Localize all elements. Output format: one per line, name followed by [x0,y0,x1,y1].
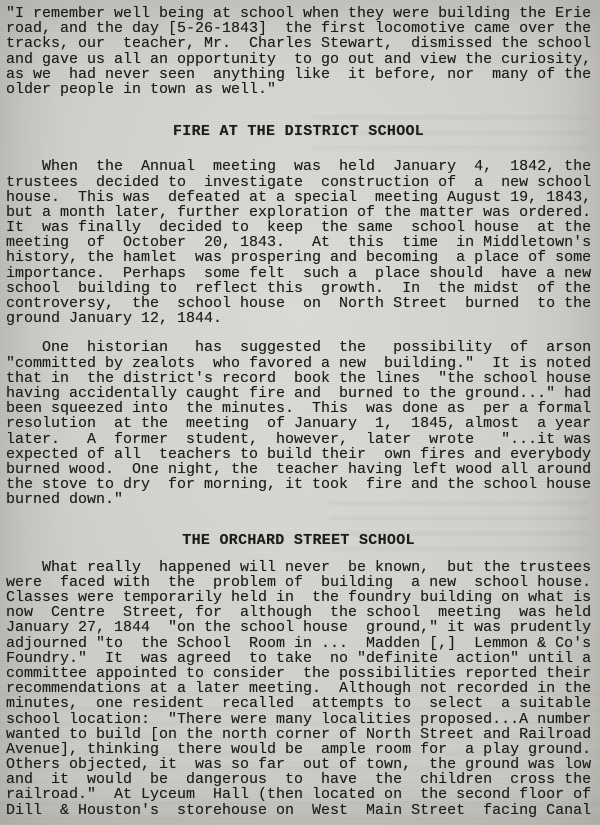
text-line: and it would be dangerous to have the ch… [6,772,591,787]
text-line: railroad." At Lyceum Hall (then located … [6,787,591,802]
text-line: committee appointed to consider the poss… [6,666,591,681]
text-line: Foundry." It was agreed to take no "defi… [6,651,591,666]
text-line: expected of all teachers to build their … [6,447,591,462]
text-line: history, the hamlet was prospering and b… [6,250,591,265]
text-line: adjourned "to the School Room in ... Mad… [6,636,591,651]
text-line: It was finally decided to keep the same … [6,220,591,235]
text-line: been squeezed into the minutes. This was… [6,401,591,416]
text-line: were faced with the problem of building … [6,575,591,590]
text-line: What really happened will never be known… [6,560,591,575]
text-line: Others objected, it was so far out of to… [6,757,591,772]
text-line: older people in town as well." [6,82,591,97]
text-line: and gave us all an opportunity to go out… [6,52,591,67]
text-line: Dill & Houston's storehouse on West Main… [6,803,591,818]
text-line: Avenue], thinking there would be ample r… [6,742,591,757]
text-line: having accidentally caught fire and burn… [6,386,591,401]
text-line: January 27, 1844 "on the school house gr… [6,620,591,635]
text-line: but a month later, further exploration o… [6,205,591,220]
text-line: burned wood. One night, the teacher havi… [6,462,591,477]
text-line: meeting of October 20, 1843. At this tim… [6,235,591,250]
heading-fire-at-the-district-school-text: FIRE AT THE DISTRICT SCHOOL [173,123,424,140]
text-line: "committed by zealots who favored a new … [6,356,591,371]
text-line: One historian has suggested the possibil… [6,340,591,355]
text-line: that in the district's record book the l… [6,371,591,386]
text-line: "I remember well being at school when th… [6,6,591,21]
heading-orchard-street-school: THE ORCHARD STREET SCHOOL [6,533,591,548]
text-line: tracks, our teacher, Mr. Charles Stewart… [6,36,591,51]
paragraph-arson-historian: One historian has suggested the possibil… [6,340,591,507]
text-line: When the Annual meeting was held January… [6,159,591,174]
text-column: "I remember well being at school when th… [0,0,600,818]
text-line: road, and the day [5-26-1843] the first … [6,21,591,36]
text-line: controversy, the school house on North S… [6,296,591,311]
intro-quote-paragraph: "I remember well being at school when th… [6,6,591,97]
text-line: importance. Perhaps some felt such a pla… [6,266,591,281]
text-line: resolution at the meeting of January 1, … [6,416,591,431]
paragraph-orchard-street: What really happened will never be known… [6,560,591,818]
heading-orchard-street-school-text: THE ORCHARD STREET SCHOOL [182,532,415,549]
text-line: recommendations at a later meeting. Alth… [6,681,591,696]
heading-fire-at-the-district-school: FIRE AT THE DISTRICT SCHOOL [6,124,591,139]
paragraph-annual-meeting: When the Annual meeting was held January… [6,159,591,326]
text-line: minutes, one resident recalled attempts … [6,696,591,711]
text-line: trustees decided to investigate construc… [6,175,591,190]
text-line: school location: "There were many locali… [6,712,591,727]
text-line: now Centre Street, for although the scho… [6,605,591,620]
scanned-document-page: { "page": { "paper_color": "#d3d2ce", "i… [0,0,600,825]
text-line: wanted to build [on the north corner of … [6,727,591,742]
text-line: the stove to dry for morning, it took fi… [6,477,591,492]
text-line: school building to reflect this growth. … [6,281,591,296]
text-line: Classes were temporarily held in the fou… [6,590,591,605]
text-line: house. This was defeated at a special me… [6,190,591,205]
text-line: burned down." [6,492,591,507]
text-line: as we had never seen anything like it be… [6,67,591,82]
text-line: ground January 12, 1844. [6,311,591,326]
text-line: later. A former student, however, later … [6,432,591,447]
